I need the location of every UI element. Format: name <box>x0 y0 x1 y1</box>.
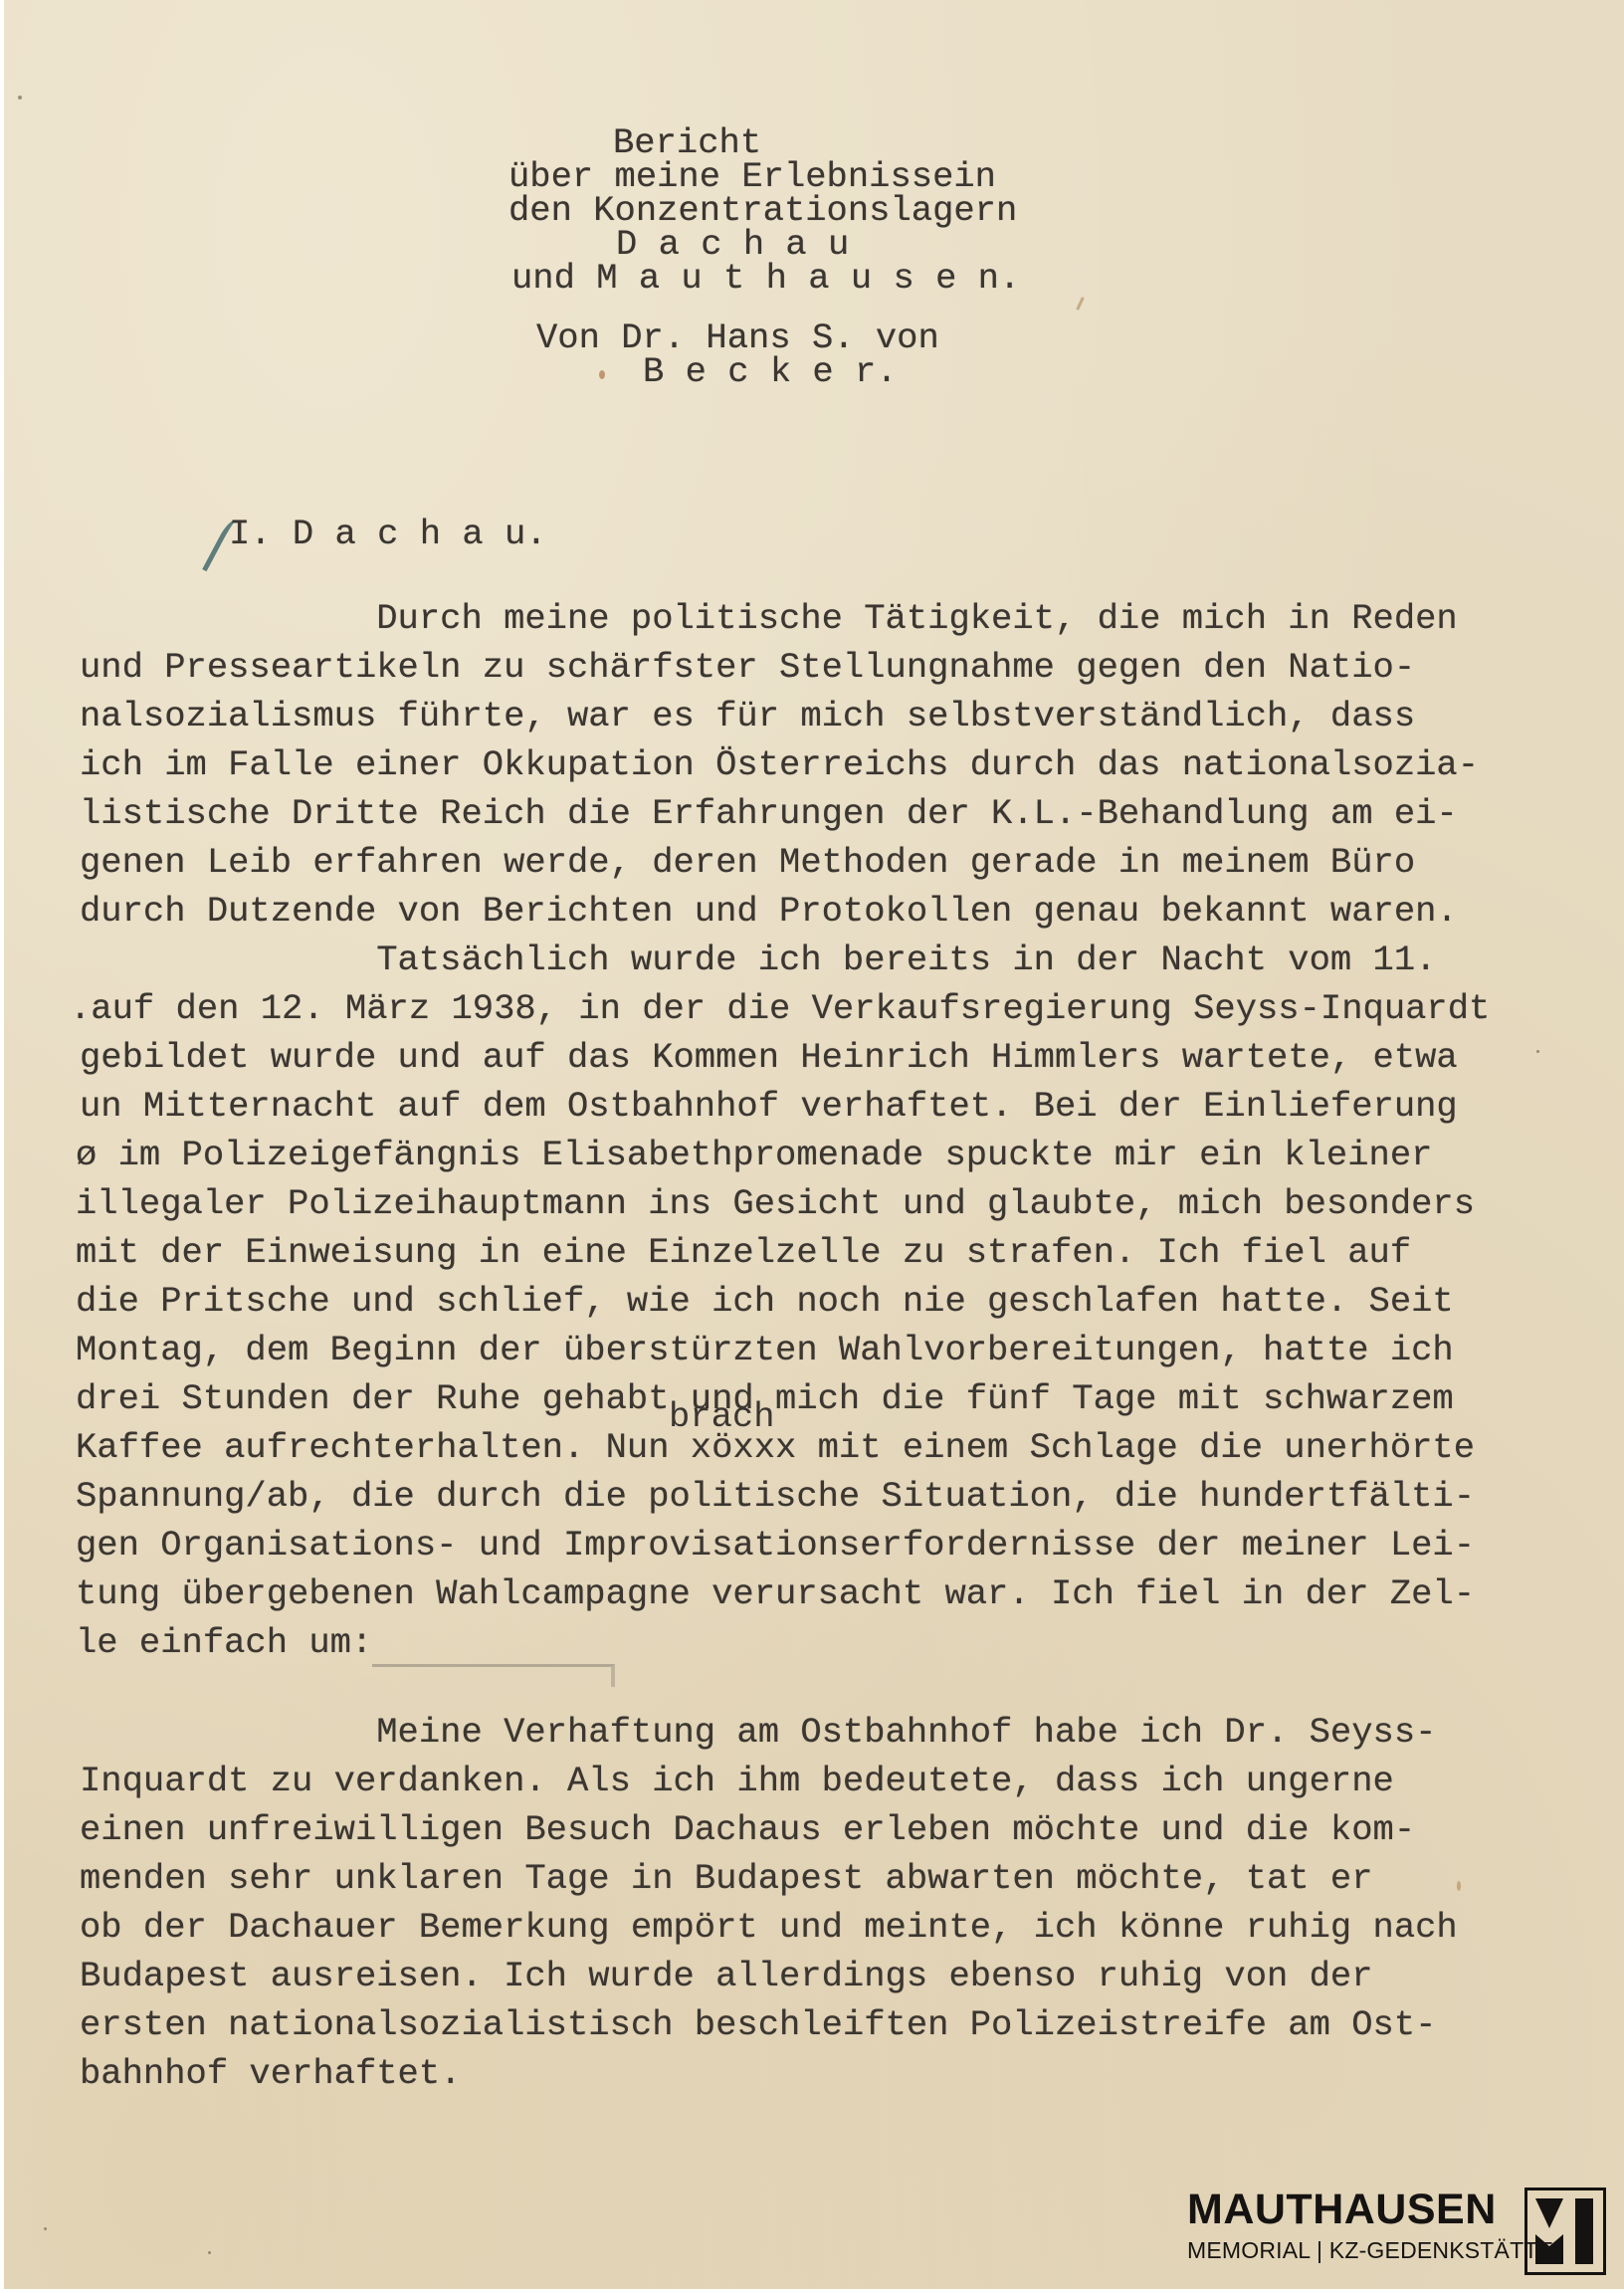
logo-right-bar-shape <box>1575 2198 1593 2264</box>
logo-wordmark: MAUTHAUSEN <box>1187 2185 1497 2234</box>
text-line: gebildet wurde und auf das Kommen Heinri… <box>80 1038 1458 1078</box>
author-line-2: B e c k e r. <box>643 352 898 392</box>
text-line: die Pritsche und schlief, wie ich noch n… <box>76 1282 1454 1322</box>
text-line: einen unfreiwilligen Besuch Dachaus erle… <box>80 1810 1415 1850</box>
text-line: genen Leib erfahren werde, deren Methode… <box>80 843 1415 883</box>
text-line: Budapest ausreisen. Ich wurde allerdings… <box>80 1957 1373 1996</box>
text-line: Tatsächlich wurde ich bereits in der Nac… <box>80 940 1436 980</box>
text-line: bahnhof verhaftet. <box>80 2054 461 2094</box>
title-line-5: und M a u t h a u s e n. <box>511 259 1020 299</box>
text-line: ersten nationalsozialistisch beschleifte… <box>80 2005 1436 2045</box>
section-heading: I. D a c h a u. <box>229 515 547 554</box>
text-line: menden sehr unklaren Tage in Budapest ab… <box>80 1859 1373 1899</box>
text-line: .auf den 12. März 1938, in der die Verka… <box>70 989 1490 1029</box>
text-line: illegaler Polizeihauptmann ins Gesicht u… <box>76 1184 1475 1224</box>
text-line: le einfach um: <box>76 1623 372 1663</box>
mauthausen-memorial-logo-icon <box>1524 2188 1606 2275</box>
paper-speck <box>1536 1050 1539 1053</box>
text-line: Inquardt zu verdanken. Als ich ihm bedeu… <box>80 1762 1394 1801</box>
text-line: gen Organisations- und Improvisationserf… <box>76 1526 1475 1565</box>
text-line: nalsozialismus führte, war es für mich s… <box>80 697 1415 736</box>
paper-speck <box>1076 297 1085 311</box>
text-line: Kaffee aufrechterhalten. Nun xöxxx mit e… <box>76 1428 1475 1468</box>
text-line: Durch meine politische Tätigkeit, die mi… <box>80 599 1458 639</box>
text-line: tung übergebenen Wahlcampagne verursacht… <box>76 1574 1475 1614</box>
faint-ruled-mark <box>372 1664 615 1687</box>
text-line: ich im Falle einer Okkupation Österreich… <box>80 745 1479 785</box>
text-line: durch Dutzende von Berichten und Protoko… <box>80 892 1458 932</box>
text-line: Spannung/ab, die durch die politische Si… <box>76 1477 1475 1517</box>
paper-speck <box>18 96 22 100</box>
text-line: listische Dritte Reich die Erfahrungen d… <box>80 794 1458 834</box>
document-page: Bericht über meine Erlebnissein den Konz… <box>4 0 1624 2289</box>
logo-subtitle: MEMORIAL | KZ-GEDENKSTÄTTE <box>1187 2236 1553 2264</box>
mauthausen-memorial-watermark: MAUTHAUSEN MEMORIAL | KZ-GEDENKSTÄTTE <box>1183 2185 1611 2279</box>
text-line: mit der Einweisung in eine Einzelzelle z… <box>76 1233 1411 1273</box>
text-line: ø im Polizeigefängnis Elisabethpromenade… <box>76 1136 1432 1175</box>
paper-speck <box>599 370 605 379</box>
logo-triangle-shape <box>1535 2198 1563 2228</box>
text-line: un Mitternacht auf dem Ostbahnhof verhaf… <box>80 1087 1458 1127</box>
logo-left-bar-shape <box>1535 2234 1563 2264</box>
text-line: Montag, dem Beginn der überstürzten Wahl… <box>76 1331 1454 1370</box>
text-line: ob der Dachauer Bemerkung empört und mei… <box>80 1908 1458 1948</box>
paper-speck <box>208 2251 211 2254</box>
text-line: und Presseartikeln zu schärfster Stellun… <box>80 648 1415 688</box>
paper-speck <box>1457 1881 1461 1891</box>
text-line: Meine Verhaftung am Ostbahnhof habe ich … <box>80 1713 1436 1753</box>
paper-speck <box>44 2227 47 2230</box>
